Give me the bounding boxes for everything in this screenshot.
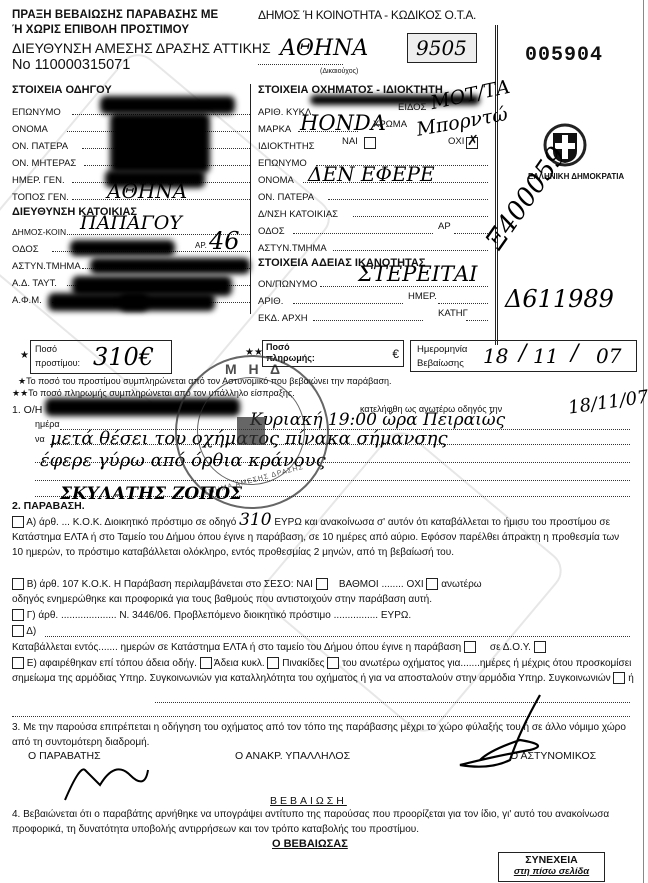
driver-street-label: ΟΔΟΣ	[12, 244, 39, 255]
stamp-top-text: Μ Η Δ	[225, 361, 284, 377]
violator-signature	[60, 755, 150, 810]
vehicle-type-label: ΕΙΔΟΣ	[398, 102, 426, 113]
driver-tax-id-label: Α.Φ.Μ.	[12, 295, 42, 306]
owner-no-checkbox[interactable]: ✗	[466, 137, 478, 149]
option-b-text2: ανωτέρω	[441, 579, 481, 590]
pay-doy-label: σε Δ.Ο.Υ.	[490, 642, 531, 653]
redaction	[70, 240, 175, 256]
transport-office-checkbox[interactable]	[613, 672, 625, 684]
redaction	[100, 96, 235, 114]
option-e-text6: αρμόδια Υπηρ. Συγκοινωνιών	[479, 673, 610, 684]
option-e-text4: του ανωτέρω οχήματος για.......ημέρες ή …	[342, 658, 550, 669]
check-mark-icon: ✗	[467, 132, 479, 149]
option-e-text3: Πινακίδες	[282, 658, 324, 669]
ota-code: 9505	[416, 36, 467, 60]
driver-id-label: Α.Δ. ΤΑΥΤ.	[12, 278, 57, 289]
license-removed-checkbox[interactable]	[200, 657, 212, 669]
owner-number-label: ΑΡ	[438, 221, 451, 232]
option-g-text: Γ) άρθ. .................... Ν. 3446/06.…	[27, 610, 411, 621]
license-fields: ΟΝ/ΠΩΝΥΜΟΣΤΕΡΕΙΤΑΙ ΑΡΙΘ.ΗΜΕΡ. ΕΚΔ. ΑΡΧΗΚ…	[258, 274, 488, 325]
municipality-label: ΔΗΜΟΣ Ή ΚΟΙΝΟΤΗΤΑ - ΚΩΔΙΚΟΣ Ο.Τ.Α.	[258, 8, 476, 22]
redaction	[105, 170, 205, 188]
option-a-amount: 310	[239, 510, 271, 530]
driver-number-value: 46	[209, 227, 240, 255]
redaction	[110, 113, 210, 173]
fine-amount-value: 310€	[93, 343, 154, 371]
vehicle-section-title: ΣΤΟΙΧΕΙΑ ΟΧΗΜΑΤΟΣ - ΙΔΙΟΚΤΗΤΗ	[258, 84, 443, 96]
driver-municipality-label: ΔΗΜΟΣ-ΚΟΙΝ	[12, 227, 66, 237]
owner-address-label: Δ/ΝΣΗ ΚΑΤΟΙΚΙΑΣ	[258, 209, 338, 220]
date-box: Ημερομηνία Βεβαίωσης 18 / 11 / 07	[410, 340, 637, 372]
fine-label-2: προστίμου:	[35, 358, 80, 368]
section2-stamp-handwritten: ΣΚΥΛΑΤΗΣ ΖΟΠΟΣ	[60, 484, 242, 504]
driver-name-label: ΟΝΟΜΑ	[12, 124, 48, 135]
section2-e: Ε) αφαιρέθηκαν επί τόπου άδεια οδήγ. Άδε…	[12, 656, 634, 686]
license-number-label: ΑΡΙΘ.	[258, 296, 283, 307]
date-year: 07	[596, 344, 621, 368]
license-date-label: ΗΜΕΡ.	[408, 291, 437, 302]
ota-code-box: 9505	[407, 33, 477, 63]
signature-officer-label: Ο ΑΝΑΚΡ. ΥΠΑΛΛΗΛΟΣ	[235, 750, 350, 762]
date-label: Ημερομηνία	[417, 344, 467, 355]
certifier-label: Ο ΒΕΒΑΙΩΣΑΣ	[272, 838, 348, 850]
fine-label: Ποσό	[35, 344, 57, 354]
option-d-text: Δ)	[26, 626, 36, 637]
section2-b: Β) άρθ. 107 Κ.Ο.Κ. Η Παράβαση περιλαμβάν…	[12, 577, 632, 607]
driver-section-title: ΣΤΟΙΧΕΙΑ ΟΔΗΓΟΥ	[12, 84, 112, 96]
payment-terms-text: Καταβάλλεται εντός....... ημερών σε Κατά…	[12, 642, 461, 653]
municipality-value: ΑΘΗΝΑ	[280, 36, 368, 61]
option-b-text3: οδηγός ενημερώθηκε και προφορικά για του…	[12, 594, 432, 605]
sesos-no-label: ΟΧΙ	[406, 579, 423, 590]
form-number: No 110000315071	[12, 57, 130, 73]
continue-sub-label: στη πίσω σελίδα	[499, 866, 604, 877]
section1-at-label: να	[35, 434, 45, 444]
owner-no-label: ΟΧΙ	[448, 136, 464, 147]
vehicle-brand-label: ΜΑΡΚΑ	[258, 124, 291, 135]
section1-date: 18/11/07	[567, 386, 648, 418]
option-e-checkbox[interactable]	[12, 657, 24, 669]
option-b-checkbox[interactable]	[12, 578, 24, 590]
driver-father-label: ΟΝ. ΠΑΤΕΡΑ	[12, 141, 68, 152]
redaction	[120, 293, 215, 311]
owner-street-label: ΟΔΟΣ	[258, 226, 285, 237]
owner-surname-label: ΕΠΩΝΥΜΟ	[258, 158, 307, 169]
payment-currency: €	[392, 347, 399, 361]
license-name-label: ΟΝ/ΠΩΝΥΜΟ	[258, 279, 317, 290]
plates-removed-checkbox[interactable]	[327, 657, 339, 669]
date-day: 18	[483, 344, 508, 368]
redaction	[90, 258, 250, 274]
registration-removed-checkbox[interactable]	[267, 657, 279, 669]
fine-amount-box: Ποσό προστίμου: 310€	[30, 340, 172, 374]
option-b-text: Β) άρθ. 107 Κ.Ο.Κ. Η Παράβαση περιλαμβάν…	[27, 579, 313, 590]
driver-municipality-value: ΠΑΠΑΓΟΥ	[80, 212, 182, 234]
option-a-checkbox[interactable]	[12, 516, 24, 528]
points-label: ΒΑΘΜΟΙ ........	[339, 579, 404, 590]
municipality-sub: (Δικαιούχος)	[320, 68, 358, 75]
owner-father-label: ΟΝ. ΠΑΤΕΡΑ	[258, 192, 314, 203]
pay-municipality-checkbox[interactable]	[464, 641, 476, 653]
continue-box: ΣΥΝΕΧΕΙΑ στη πίσω σελίδα	[498, 852, 605, 882]
police-signature	[450, 690, 560, 785]
continue-label: ΣΥΝΕΧΕΙΑ	[499, 854, 604, 866]
handwritten-note-2: Δ611989	[505, 285, 614, 313]
option-g-checkbox[interactable]	[12, 609, 24, 621]
option-a-text: Α) άρθ. ... Κ.Ο.Κ. Διοικητικό πρόστιμο σ…	[26, 517, 236, 528]
section2-a: Α) άρθ. ... Κ.Ο.Κ. Διοικητικό πρόστιμο σ…	[12, 513, 632, 560]
owner-name-value: ΔΕΝ ΕΦΕΡΕ	[308, 162, 435, 186]
section2-payment: Καταβάλλεται εντός....... ημερών σε Κατά…	[12, 640, 632, 655]
date-label-2: Βεβαίωσης	[417, 358, 464, 369]
license-issuer-label: ΕΚΔ. ΑΡΧΗ	[258, 313, 308, 324]
sesos-no-checkbox[interactable]	[426, 578, 438, 590]
payment-label: Ποσό	[266, 342, 290, 352]
option-e-text1: Ε) αφαιρέθηκαν επί τόπου άδεια οδήγ.	[27, 658, 197, 669]
sesos-yes-checkbox[interactable]	[316, 578, 328, 590]
driver-birthplace-label: ΤΟΠΟΣ ΓΕΝ.	[12, 192, 69, 203]
directorate-label: ΔΙΕΥΘΥΝΣΗ ΑΜΕΣΗΣ ΔΡΑΣΗΣ ΑΤΤΙΚΗΣ	[12, 40, 271, 56]
vehicle-owner-label: ΙΔΙΟΚΤΗΤΗΣ	[258, 141, 315, 152]
owner-name-label: ΟΝΟΜΑ	[258, 175, 294, 186]
pay-doy-checkbox[interactable]	[534, 641, 546, 653]
certification-title: ΒΕΒΑΙΩΣΗ	[270, 795, 347, 807]
driver-number-label: ΑΡ.	[195, 241, 207, 250]
owner-yes-checkbox[interactable]	[364, 137, 376, 149]
form-title-line1: ΠΡΑΞΗ ΒΕΒΑΙΩΣΗΣ ΠΑΡΑΒΑΣΗΣ ΜΕ	[12, 9, 218, 21]
driver-field-row: ΤΟΠΟΣ ΓΕΝ.ΑΘΗΝΑ	[12, 187, 250, 204]
date-month: 11	[533, 344, 558, 368]
option-e-text2: Άδεια κυκλ.	[214, 658, 265, 669]
driver-birthdate-label: ΗΜΕΡ. ΓΕΝ.	[12, 175, 65, 186]
form-title-line2: Ή ΧΩΡΙΣ ΕΠΙΒΟΛΗ ΠΡΟΣΤΙΜΟΥ	[12, 24, 189, 36]
license-name-value: ΣΤΕΡΕΙΤΑΙ	[358, 262, 477, 286]
section4-text: 4. Βεβαιώνεται ότι ο παραβάτης αρνήθηκε …	[12, 807, 632, 837]
serial-number: 005904	[525, 44, 603, 67]
option-d-checkbox[interactable]	[12, 625, 24, 637]
option-e-text7: ή	[628, 673, 634, 684]
driver-surname-label: ΕΠΩΝΥΜΟ	[12, 107, 61, 118]
license-category-label: ΚΑΤΗΓ	[438, 308, 468, 319]
driver-mother-label: ΟΝ. ΜΗΤΕΡΑΣ	[12, 158, 76, 169]
section2-g: Γ) άρθ. .................... Ν. 3446/06.…	[12, 608, 632, 623]
owner-police-dept-label: ΑΣΤΥΝ.ΤΜΗΜΑ	[258, 243, 327, 254]
stamp-emblem-icon	[237, 417, 265, 445]
driver-police-dept-label: ΑΣΤΥΝ.ΤΜΗΜΑ	[12, 261, 81, 272]
vehicle-fields: ΑΡΙΘ. ΚΥΚΛ.ΕΙΔΟΣΜΟΤ/ΤΑ ΜΑΡΚΑHONDAΧΡΩΜΑΜπ…	[258, 102, 488, 255]
section1-prefix: 1. Ο/Η	[12, 404, 42, 416]
vehicle-color-label: ΧΡΩΜΑ	[373, 119, 407, 130]
owner-yes-label: ΝΑΙ	[342, 136, 358, 147]
